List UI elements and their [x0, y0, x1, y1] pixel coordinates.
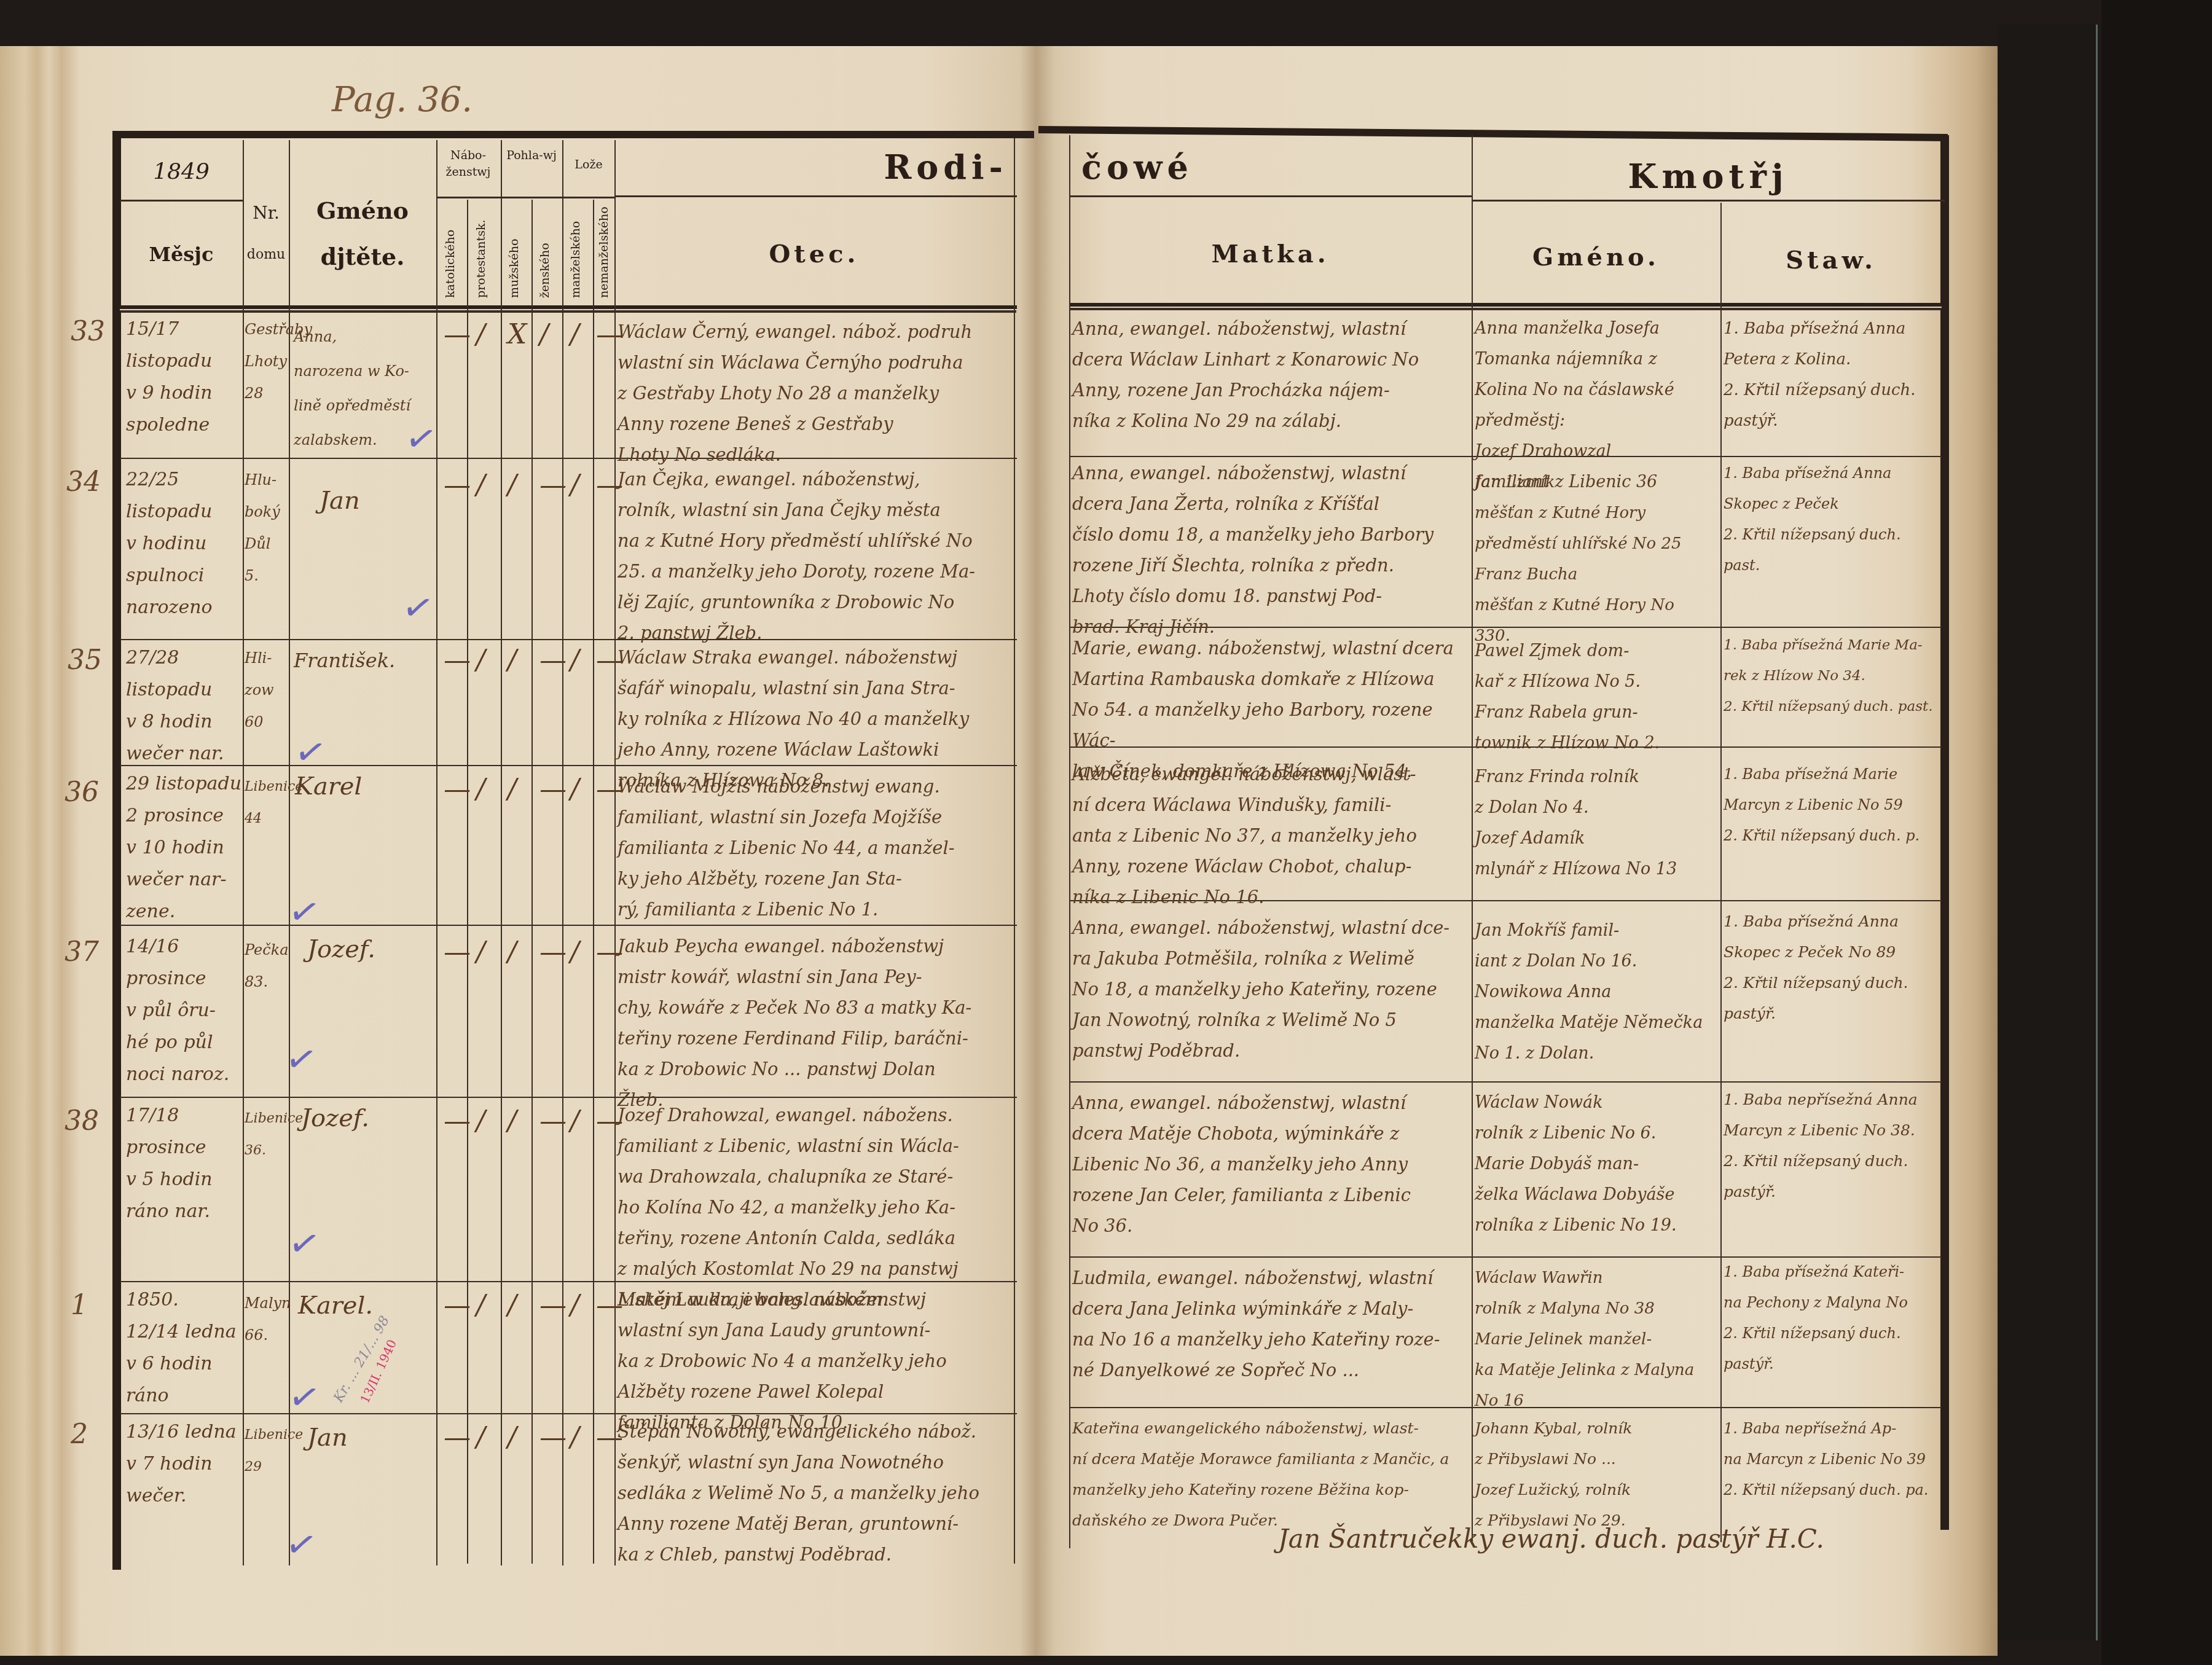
- header-manzelskeho: manželského: [569, 221, 582, 298]
- birth-date: 15/17 listopadu v 9 hodin spoledne: [126, 313, 243, 441]
- father-entry: Štěpán Nowotný, ewangelického nábož. šen…: [618, 1416, 1017, 1570]
- col-line-zen: [531, 200, 533, 1564]
- house-number: Pečka 83.: [245, 934, 289, 998]
- col-line-kmotr: [1472, 135, 1473, 1542]
- father-entry: Matěj Lauda, ewang. náboženstwj wlastní …: [618, 1284, 1017, 1438]
- godparent-status: 1. Baba nepřísežná Ap- na Marcyn z Liben…: [1724, 1413, 1942, 1505]
- header-mid-line-otec: [614, 195, 1017, 197]
- muzsky-mark: X: [508, 319, 527, 350]
- col-line-nr: [243, 140, 244, 1565]
- header-mid-line-left: [120, 200, 243, 202]
- protestant-mark: /: [476, 774, 485, 805]
- house-number: Libenice 44: [245, 771, 289, 835]
- row-number: 1: [71, 1290, 88, 1321]
- father-entry: Jakub Peycha ewangel. náboženstwj mistr …: [618, 931, 1017, 1115]
- header-rodice-right: čowé: [1081, 147, 1266, 187]
- header-kmotr-stav: Staw.: [1720, 246, 1942, 275]
- header-nabozenstvi: Nábo-ženstwj: [437, 147, 499, 180]
- header-separator-left: [120, 305, 1017, 310]
- protestant-mark: /: [476, 470, 485, 501]
- godparent-name: Wáclaw Wawřin rolník z Malyna No 38 Mari…: [1475, 1263, 1720, 1416]
- mother-entry: Alžběta, ewangel. náboženstwj, wlast- ní…: [1072, 759, 1472, 912]
- house-number: Gestřaby Lhoty 28: [245, 313, 289, 409]
- header-mid-line-kmotri: [1472, 200, 1945, 202]
- page-label: Pag. 36.: [332, 80, 473, 120]
- house-number: Malyn 66.: [245, 1287, 289, 1351]
- father-entry: Wáclaw Mojžíš náboženstwj ewang. familia…: [618, 771, 1017, 925]
- godparent-name: Jan Lzmík měšťan z Kutné Hory předměstí …: [1475, 467, 1720, 651]
- child-name: Karel: [295, 771, 436, 802]
- godparent-status: 1. Baba přísežná Anna Skopec z Peček 2. …: [1724, 458, 1942, 581]
- manzelsky-mark: /: [570, 937, 579, 968]
- katolicky-mark: —: [444, 645, 471, 676]
- father-entry: Jozef Drahowzal, ewangel. nábožens. fami…: [618, 1100, 1017, 1315]
- birth-date: 13/16 ledna v 7 hodin wečer.: [126, 1416, 243, 1512]
- birth-date: 17/18 prosince v 5 hodin ráno nar.: [126, 1100, 243, 1228]
- protestant-mark: /: [476, 1422, 485, 1453]
- header-gmeno: Gméno: [290, 197, 435, 224]
- manzelsky-mark: /: [570, 774, 579, 805]
- muzsky-mark: /: [508, 1422, 517, 1453]
- father-entry: Jan Čejka, ewangel. náboženstwj, rolník,…: [618, 464, 1017, 648]
- table-frame-left-border: [112, 132, 121, 1570]
- row-number: 2: [71, 1419, 88, 1450]
- header-mid-line-matka: [1069, 195, 1472, 197]
- header-mesic: Měsjc: [123, 243, 240, 266]
- child-name: Jan: [307, 1422, 436, 1453]
- col-line-stav: [1720, 203, 1722, 1542]
- header-katolickeho: katolického: [444, 230, 457, 298]
- godparent-status: 1. Baba přísežná Kateři- na Pechony z Ma…: [1724, 1256, 1942, 1379]
- birth-date: 29 listopadu 2 prosince v 10 hodin wečer…: [126, 768, 243, 928]
- col-line-otec: [614, 140, 616, 1565]
- pastor-signature: Jan Šantručekky ewanj. duch. pastýř H.C.: [1278, 1524, 1824, 1554]
- header-otec: Otec.: [614, 240, 1014, 268]
- row-number: 37: [65, 937, 99, 968]
- mother-entry: Anna, ewangel. náboženstwj, wlastní dcer…: [1072, 313, 1472, 436]
- katolicky-mark: —: [444, 1290, 471, 1321]
- birth-date: 22/25 listopadu v hodinu spulnoci naroze…: [126, 464, 243, 624]
- col-line-manz: [562, 140, 563, 1565]
- child-name: Jan: [320, 485, 436, 516]
- header-nemanzelskeho: nemanželského: [597, 206, 611, 298]
- col-line-katol: [436, 140, 437, 1565]
- katolicky-mark: —: [444, 937, 471, 968]
- muzsky-mark: /: [508, 1106, 517, 1137]
- col-line-matka-left: [1069, 135, 1070, 1548]
- katolicky-mark: —: [444, 774, 471, 805]
- header-protestantsk: protestantsk.: [474, 220, 488, 298]
- godparent-name: Wáclaw Nowák rolník z Libenic No 6. Mari…: [1475, 1087, 1720, 1241]
- row-number: 36: [65, 777, 99, 808]
- mother-entry: Kateřina ewangelického náboženstwj, wlas…: [1072, 1413, 1472, 1536]
- godparent-name: Franz Frinda rolník z Dolan No 4. Jozef …: [1475, 762, 1720, 885]
- zensky-mark: /: [539, 319, 549, 350]
- house-number: Libenice 29: [245, 1419, 289, 1483]
- muzsky-mark: /: [508, 937, 517, 968]
- header-zenskeho: ženského: [538, 243, 552, 298]
- mother-entry: Anna, ewangel. náboženstwj, wlastní dce-…: [1072, 912, 1472, 1066]
- muzsky-mark: /: [508, 470, 517, 501]
- manzelsky-mark: /: [570, 319, 579, 350]
- protestant-mark: /: [476, 1290, 485, 1321]
- row-sep-37: [120, 925, 1017, 926]
- house-number: Libenice 36.: [245, 1103, 289, 1167]
- godparent-name: Jan Mokříš famil- iant z Dolan No 16. No…: [1475, 915, 1720, 1069]
- zensky-mark: —: [539, 1422, 567, 1453]
- child-name: Jozef.: [301, 1103, 436, 1134]
- row-number: 35: [68, 645, 102, 676]
- protestant-mark: /: [476, 937, 485, 968]
- protestant-mark: /: [476, 645, 485, 676]
- zensky-mark: —: [539, 470, 567, 501]
- birth-date: 1850. 12/14 ledna v 6 hodin ráno: [126, 1284, 243, 1412]
- katolicky-mark: —: [444, 470, 471, 501]
- row-number: 33: [71, 316, 105, 347]
- col-line-protest: [467, 200, 468, 1564]
- col-line-muz: [501, 140, 502, 1565]
- header-rodice-left: Rodi-: [737, 147, 1008, 187]
- row-number: 34: [66, 467, 101, 498]
- godparent-status: 1. Baba přísežná Anna Petera z Kolina. 2…: [1724, 313, 1942, 436]
- table-frame-top-border-left: [112, 131, 1034, 138]
- house-number: Hli- zow 60: [245, 642, 289, 738]
- katolicky-mark: —: [444, 319, 471, 350]
- birth-date: 27/28 listopadu v 8 hodin wečer nar.: [126, 642, 243, 770]
- manzelsky-mark: /: [570, 645, 579, 676]
- col-line-nemanz: [593, 200, 594, 1564]
- child-name: Jozef.: [307, 934, 436, 965]
- child-name: František.: [294, 645, 435, 676]
- col-line-jmeno: [289, 140, 290, 1565]
- header-kmotri: Kmotřj: [1475, 157, 1942, 196]
- header-pohlavi: Pohla-wj: [502, 147, 561, 164]
- header-matka: Matka.: [1069, 240, 1472, 268]
- father-entry: Wáclaw Černý, ewangel. nábož. podruh wla…: [618, 316, 1017, 470]
- house-number: Hlu- boký Důl 5.: [245, 464, 289, 592]
- header-loze: Lože: [563, 157, 614, 173]
- zensky-mark: —: [539, 645, 567, 676]
- zensky-mark: —: [539, 1106, 567, 1137]
- child-name: Karel.: [298, 1290, 433, 1321]
- row-number: 38: [65, 1106, 99, 1137]
- muzsky-mark: /: [508, 645, 517, 676]
- mother-entry: Anna, ewangel. náboženstwj, wlastní dcer…: [1072, 458, 1472, 642]
- zensky-mark: —: [539, 937, 567, 968]
- godparent-name: Johann Kybal, rolník z Přibyslawi No ...…: [1475, 1413, 1720, 1536]
- zensky-mark: —: [539, 1290, 567, 1321]
- godparent-status: 1. Baba přísežná Anna Skopec z Peček No …: [1724, 906, 1942, 1029]
- godparent-status: 1. Baba nepřísežná Anna Marcyn z Libenic…: [1724, 1084, 1942, 1207]
- zensky-mark: —: [539, 774, 567, 805]
- protestant-mark: /: [476, 319, 485, 350]
- muzsky-mark: /: [508, 1290, 517, 1321]
- mother-entry: Anna, ewangel. náboženstwj, wlastní dcer…: [1072, 1087, 1472, 1241]
- birth-date: 14/16 prosince v půl ôru- hé po půl noci…: [126, 931, 243, 1091]
- header-nr-domu: domu: [245, 246, 288, 265]
- header-muzskeho: mužského: [508, 239, 521, 298]
- godparent-name: Pawel Zjmek dom- kař z Hlízowa No 5. Fra…: [1475, 636, 1720, 759]
- godparent-status: 1. Baba přísežná Marie Ma- rek z Hlízow …: [1724, 630, 1942, 722]
- manzelsky-mark: /: [570, 470, 579, 501]
- katolicky-mark: —: [444, 1422, 471, 1453]
- manzelsky-mark: /: [570, 1290, 579, 1321]
- manzelsky-mark: /: [570, 1422, 579, 1453]
- muzsky-mark: /: [508, 774, 517, 805]
- header-nr: Nr.: [245, 203, 288, 223]
- book-cover-edge: [1998, 25, 2098, 1640]
- table-frame-right-border: [1940, 135, 1949, 1530]
- manzelsky-mark: /: [570, 1106, 579, 1137]
- header-ditete: djtěte.: [290, 243, 435, 270]
- row-sep-38-r: [1069, 1081, 1942, 1083]
- header-year: 1849: [123, 157, 240, 187]
- katolicky-mark: —: [444, 1106, 471, 1137]
- header-mid-line-sub: [436, 197, 614, 198]
- header-kmotr-jmeno: Gméno.: [1472, 243, 1720, 272]
- header-separator-right: [1069, 303, 1942, 308]
- mother-entry: Ludmila, ewangel. náboženstwj, wlastní d…: [1072, 1263, 1472, 1385]
- protestant-mark: /: [476, 1106, 485, 1137]
- godparent-status: 1. Baba přísežná Marie Marcyn z Libenic …: [1724, 759, 1942, 851]
